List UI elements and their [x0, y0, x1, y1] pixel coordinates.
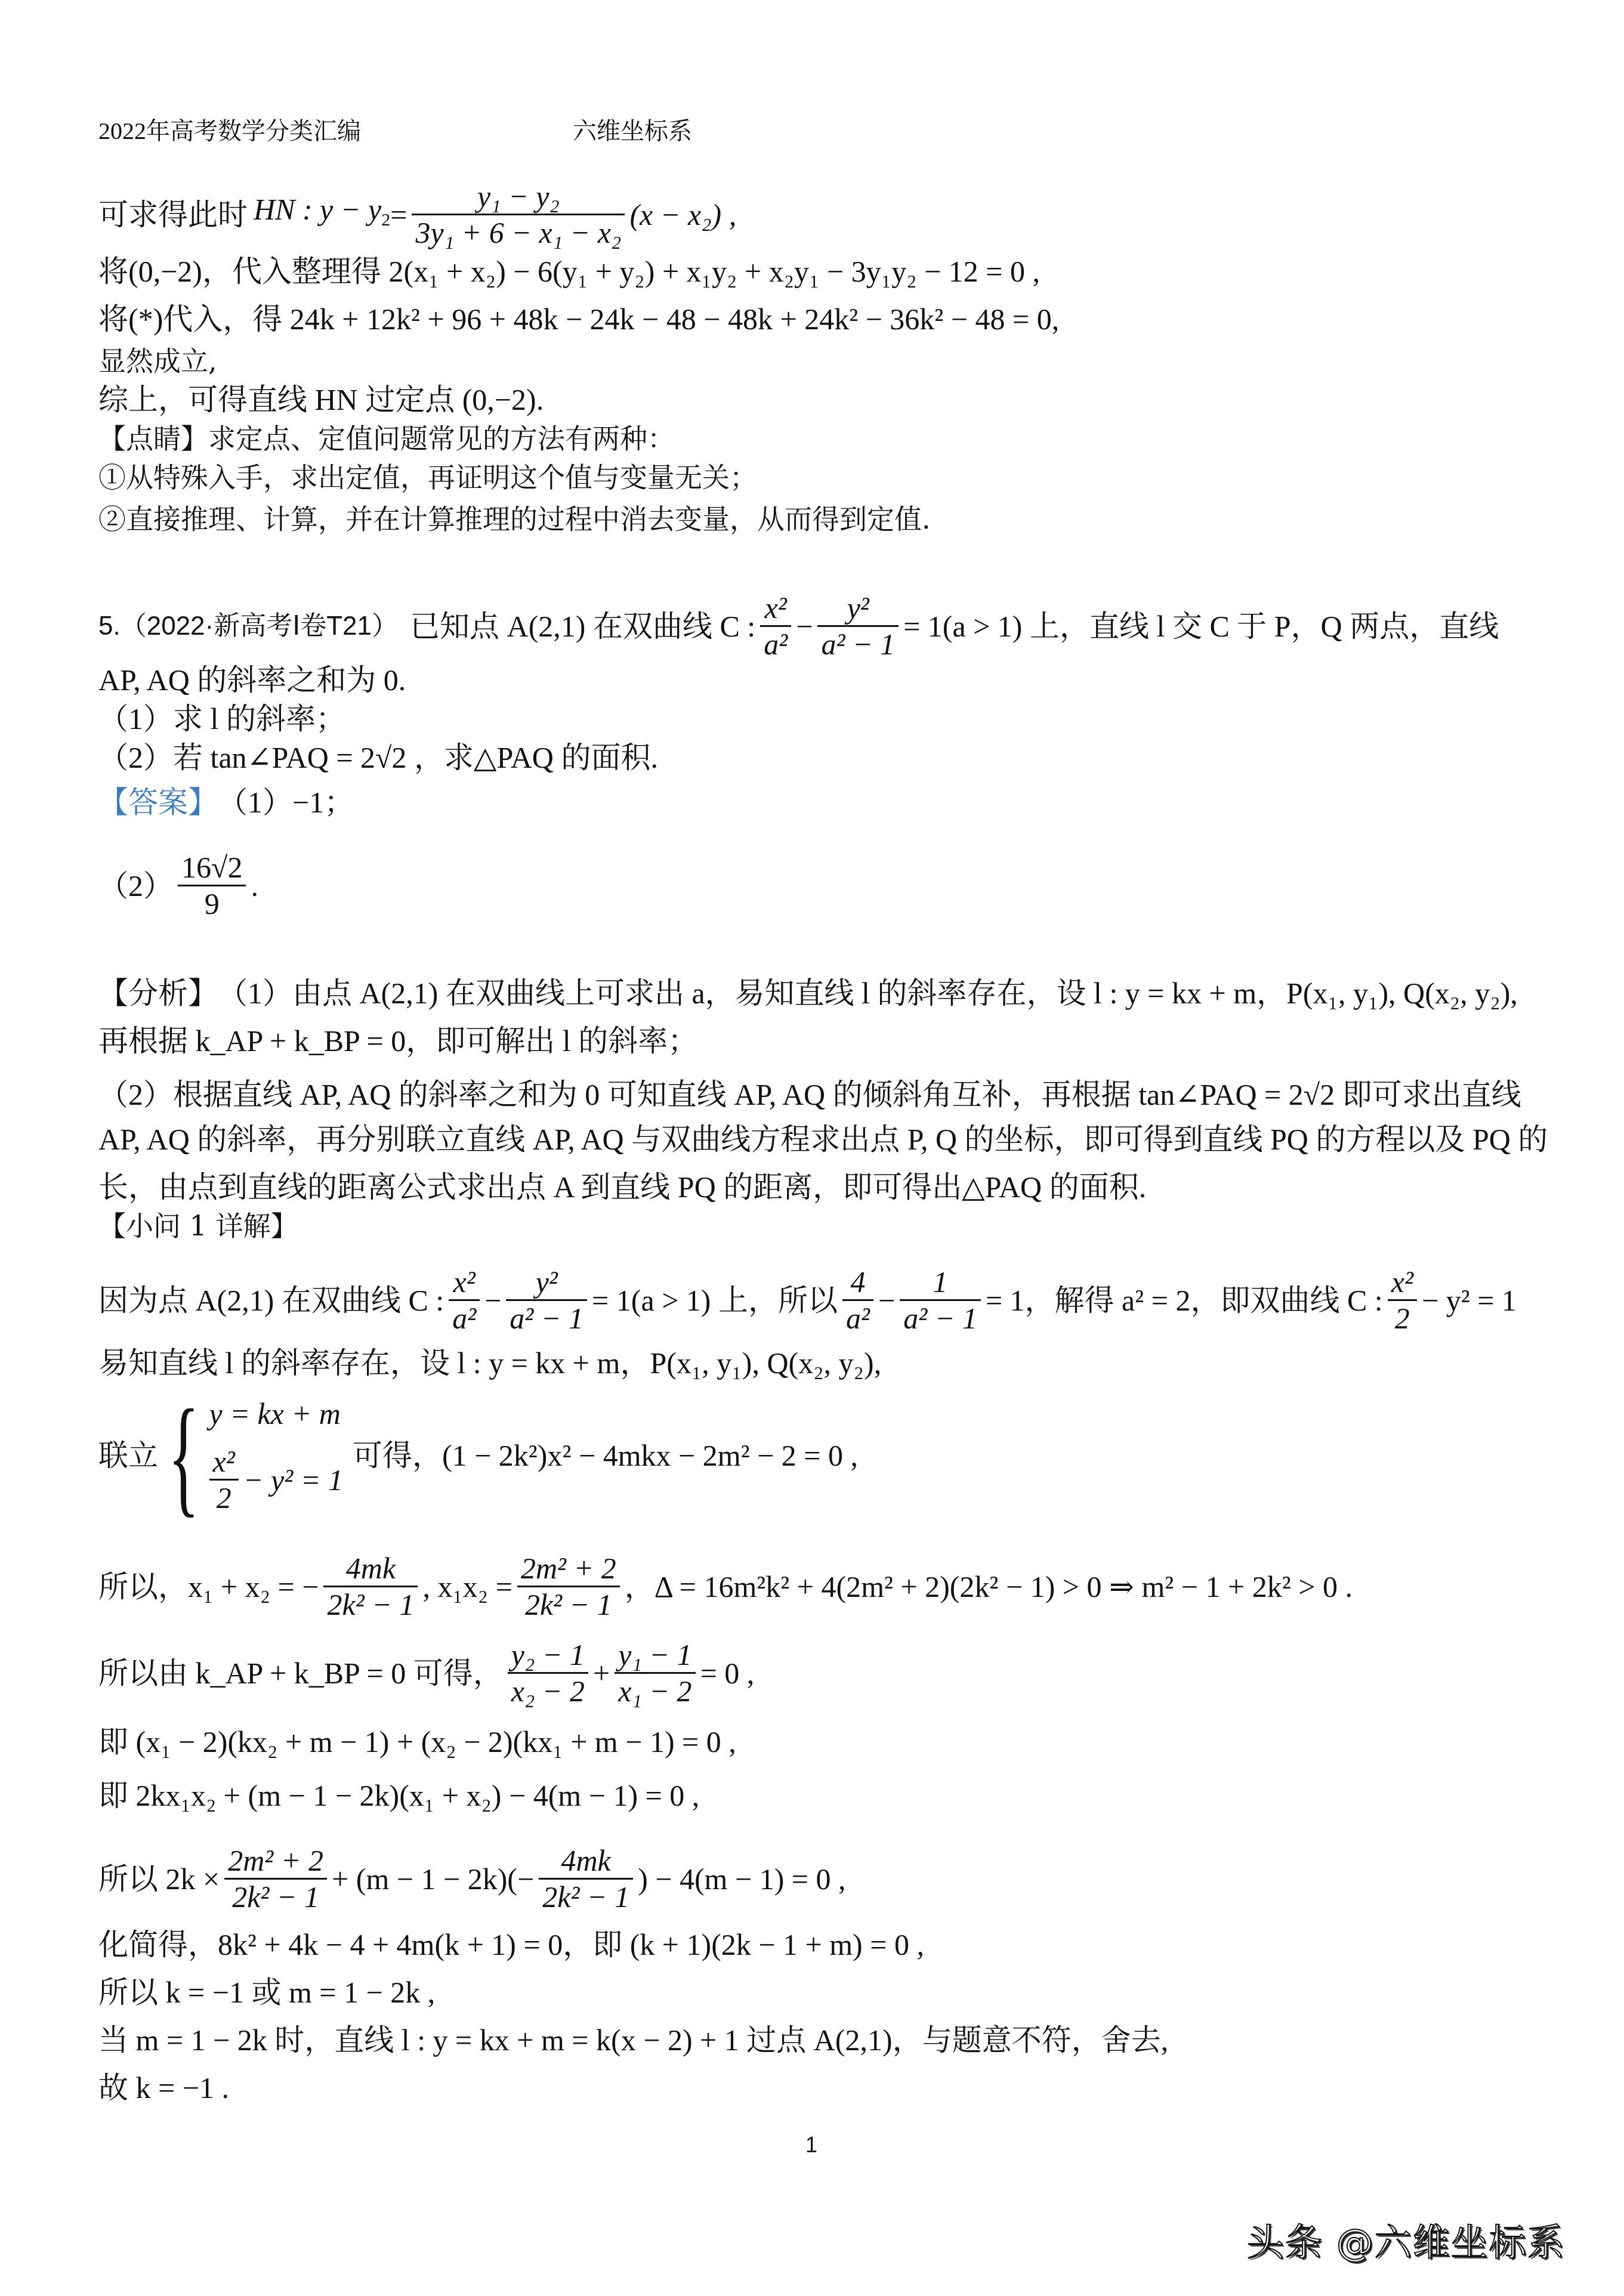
conclusion-line: 综上，可得直线 HN 过定点 (0,−2). — [98, 382, 544, 418]
answer-tag: 【答案】 — [98, 784, 218, 820]
header-channel: 六维坐标系 — [573, 116, 692, 146]
hn-lhs: HN : y − y2 — [254, 191, 390, 238]
fraction: x² 2 — [1388, 1265, 1417, 1336]
detail-step-2: 易知直线 l 的斜率存在，设 l : y = kx + m，P(x₁, y₁),… — [98, 1345, 881, 1381]
text: 所以 2k × — [98, 1861, 220, 1897]
problem-5-stem: 5.（2022·新高考Ⅰ卷T21） 已知点 A(2,1) 在双曲线 C : x²… — [98, 591, 1499, 662]
denominator: a² — [760, 627, 791, 662]
detail-step-6: 即 (x₁ − 2)(kx₂ + m − 1) + (x₂ − 2)(kx₁ +… — [98, 1724, 736, 1760]
analysis-line-1: 【分析】 （1）由点 A(2,1) 在双曲线上可求出 a，易知直线 l 的斜率存… — [98, 975, 1518, 1011]
analysis-line-4: AP, AQ 的斜率，再分别联立直线 AP, AQ 与双曲线方程求出点 P, Q… — [98, 1121, 1548, 1157]
numerator: y₁ − 1 — [615, 1637, 695, 1672]
substitute-star-line: 将(*)代入，得 24k + 12k² + 96 + 48k − 24k − 4… — [98, 301, 1059, 337]
analysis-line-2: 再根据 k_AP + k_BP = 0，即可解出 l 的斜率； — [98, 1023, 697, 1059]
numerator: 2m² + 2 — [517, 1551, 620, 1586]
numerator: 4mk — [342, 1551, 399, 1586]
numerator: x² — [209, 1444, 239, 1479]
denominator: x₁ − 2 — [615, 1674, 695, 1708]
text: = 1，解得 a² = 2，即双曲线 C : — [986, 1283, 1383, 1318]
text: 所以，x₁ + x₂ = − — [98, 1569, 319, 1605]
detail-step-1: 因为点 A(2,1) 在双曲线 C : x² a² − y² a² − 1 = … — [98, 1265, 1517, 1336]
denominator: a² − 1 — [900, 1301, 981, 1336]
hn-tail: (x − x₂) , — [629, 197, 736, 233]
minus: − — [878, 1283, 895, 1318]
numerator: 1 — [930, 1265, 952, 1299]
minus: − — [484, 1283, 501, 1318]
tip-text: 求定点、定值问题常见的方法有两种： — [208, 421, 675, 456]
tip-method-1: ①从特殊入手，求出定值，再证明这个值与变量无关； — [98, 459, 757, 495]
fraction: 2m² + 2 2k² − 1 — [517, 1551, 620, 1622]
fraction: 4mk 2k² − 1 — [539, 1843, 633, 1914]
text: − y² = 1 — [1422, 1283, 1517, 1318]
equals: = — [390, 197, 407, 233]
header-title: 2022年高考数学分类汇编 — [98, 116, 361, 146]
denominator: 2k² − 1 — [323, 1587, 418, 1622]
text: 可得，(1 − 2k²)x² − 4mkx − 2m² − 2 = 0 , — [353, 1438, 858, 1473]
denominator: 2 — [1391, 1301, 1413, 1336]
tip-tag: 【点睛】 — [98, 421, 208, 456]
detail-step-9: 化简得，8k² + 4k − 4 + 4m(k + 1) = 0，即 (k + … — [98, 1927, 924, 1963]
problem-5-stem-cont: AP, AQ 的斜率之和为 0. — [98, 662, 406, 698]
substitute-point-line: 将(0,−2)，代入整理得 2(x₁ + x₂) − 6(y₁ + y₂) + … — [98, 254, 1040, 289]
denominator: 3y₁ + 6 − x₁ − x₂ — [412, 215, 625, 250]
stem-text: 已知点 A(2,1) 在双曲线 C : — [410, 608, 755, 644]
tip-line: 【点睛】 求定点、定值问题常见的方法有两种： — [98, 421, 675, 456]
numerator: 2m² + 2 — [224, 1843, 327, 1878]
text: 联立 — [98, 1438, 158, 1473]
numerator: x² — [761, 591, 791, 625]
denominator: 2k² − 1 — [521, 1587, 616, 1622]
text: = 1(a > 1) 上，所以 — [592, 1283, 838, 1318]
numerator: y² — [844, 591, 873, 625]
period: . — [251, 868, 258, 904]
hn-equation-line: 可求得此时 HN : y − y2 = y₁ − y₂ 3y₁ + 6 − x₁… — [98, 179, 736, 250]
denominator: 2k² − 1 — [539, 1880, 633, 1914]
page-number: 1 — [805, 2133, 817, 2158]
watermark: 头条 @六维坐标系 — [1247, 2213, 1566, 2266]
answer-line-2: （2） 16√2 9 . — [98, 850, 258, 921]
numerator: 16√2 — [178, 850, 246, 885]
left-brace: { — [168, 1390, 199, 1521]
text: − y² = 1 — [243, 1462, 343, 1498]
detail-step-7: 即 2kx₁x₂ + (m − 1 − 2k)(x₁ + x₂) − 4(m −… — [98, 1778, 699, 1813]
denominator: a² − 1 — [817, 627, 899, 662]
text: + (m − 1 − 2k)(− — [332, 1861, 534, 1897]
equation-2: x² 2 − y² = 1 — [209, 1444, 343, 1515]
text: ) − 4(m − 1) = 0 , — [638, 1861, 845, 1897]
denominator: x₂ − 2 — [508, 1674, 588, 1708]
detail-step-5: 所以由 k_AP + k_BP = 0 可得， y₂ − 1 x₂ − 2 + … — [98, 1637, 754, 1708]
numerator: 4 — [847, 1265, 869, 1299]
analysis-line-5: 长，由点到直线的距离公式求出点 A 到直线 PQ 的距离，即可得出△PAQ 的面… — [98, 1169, 1146, 1205]
text: 因为点 A(2,1) 在双曲线 C : — [98, 1283, 444, 1318]
analysis-line-3: （2）根据直线 AP, AQ 的斜率之和为 0 可知直线 AP, AQ 的倾斜角… — [98, 1077, 1521, 1113]
equation-1: y = kx + m — [209, 1396, 343, 1432]
fraction: 1 a² − 1 — [900, 1265, 981, 1336]
plus: + — [593, 1655, 610, 1691]
question-2: （2）若 tan∠PAQ = 2√2 ，求△PAQ 的面积. — [98, 740, 658, 775]
denominator: 2 — [213, 1481, 235, 1515]
fraction: y² a² − 1 — [506, 1265, 587, 1336]
minus: − — [796, 608, 813, 644]
fraction: x² 2 — [209, 1444, 239, 1515]
denominator: a² — [842, 1301, 873, 1336]
fraction-y2-a2m1: y² a² − 1 — [817, 591, 899, 662]
numerator: y₁ − y₂ — [474, 179, 563, 214]
text: , x₁x₂ = — [422, 1569, 512, 1605]
fraction: 4mk 2k² − 1 — [323, 1551, 418, 1622]
text: 所以由 k_AP + k_BP = 0 可得， — [98, 1655, 503, 1691]
denominator: 9 — [201, 886, 223, 921]
detail-1-tag: 【小问 1 详解】 — [98, 1208, 298, 1244]
detail-step-3-system: 联立 { y = kx + m x² 2 − y² = 1 可得，(1 − 2k… — [98, 1393, 858, 1518]
denominator: 2k² − 1 — [229, 1880, 323, 1914]
numerator: y₂ − 1 — [508, 1637, 588, 1672]
fraction: y₁ − 1 x₁ − 2 — [615, 1637, 695, 1708]
fraction-x2-a2: x² a² — [760, 591, 791, 662]
denominator: a² − 1 — [506, 1301, 587, 1336]
fraction: 2m² + 2 2k² − 1 — [224, 1843, 327, 1914]
answer-line-1: 【答案】 （1）−1； — [98, 784, 354, 820]
fraction: x² a² — [449, 1265, 480, 1336]
stem-text: = 1(a > 1) 上，直线 l 交 C 于 P，Q 两点，直线 — [903, 608, 1499, 644]
detail-step-11: 当 m = 1 − 2k 时，直线 l : y = kx + m = k(x −… — [98, 2022, 1168, 2058]
numerator: y² — [532, 1265, 561, 1299]
detail-step-4: 所以，x₁ + x₂ = − 4mk 2k² − 1 , x₁x₂ = 2m² … — [98, 1551, 1353, 1622]
question-1: （1）求 l 的斜率； — [98, 701, 345, 737]
detail-step-10: 所以 k = −1 或 m = 1 − 2k , — [98, 1974, 435, 2010]
answer-2-fraction: 16√2 9 — [178, 850, 246, 921]
answer-2-prefix: （2） — [98, 868, 173, 904]
analysis-text: （1）由点 A(2,1) 在双曲线上可求出 a，易知直线 l 的斜率存在，设 l… — [218, 975, 1518, 1011]
text: = 0 , — [700, 1655, 755, 1691]
detail-step-8: 所以 2k × 2m² + 2 2k² − 1 + (m − 1 − 2k)(−… — [98, 1843, 846, 1914]
numerator: x² — [450, 1265, 479, 1299]
analysis-tag: 【分析】 — [98, 975, 218, 1011]
problem-label: 5.（2022·新高考Ⅰ卷T21） — [98, 608, 398, 644]
detail-step-12: 故 k = −1 . — [98, 2070, 229, 2106]
text: 可求得此时 — [98, 197, 248, 233]
hn-fraction: y₁ − y₂ 3y₁ + 6 − x₁ − x₂ — [412, 179, 625, 250]
tip-method-2: ②直接推理、计算，并在计算推理的过程中消去变量，从而得到定值. — [98, 501, 931, 537]
obvious-line: 显然成立, — [98, 343, 217, 379]
fraction: 4 a² — [842, 1265, 873, 1336]
fraction: y₂ − 1 x₂ − 2 — [508, 1637, 588, 1708]
numerator: x² — [1388, 1265, 1417, 1299]
numerator: 4mk — [558, 1843, 615, 1878]
equation-system: y = kx + m x² 2 − y² = 1 — [209, 1396, 343, 1515]
text: ，Δ = 16m²k² + 4(2m² + 2)(2k² − 1) > 0 ⇒ … — [625, 1569, 1353, 1605]
denominator: a² — [449, 1301, 480, 1336]
answer-1: （1）−1； — [218, 784, 354, 820]
